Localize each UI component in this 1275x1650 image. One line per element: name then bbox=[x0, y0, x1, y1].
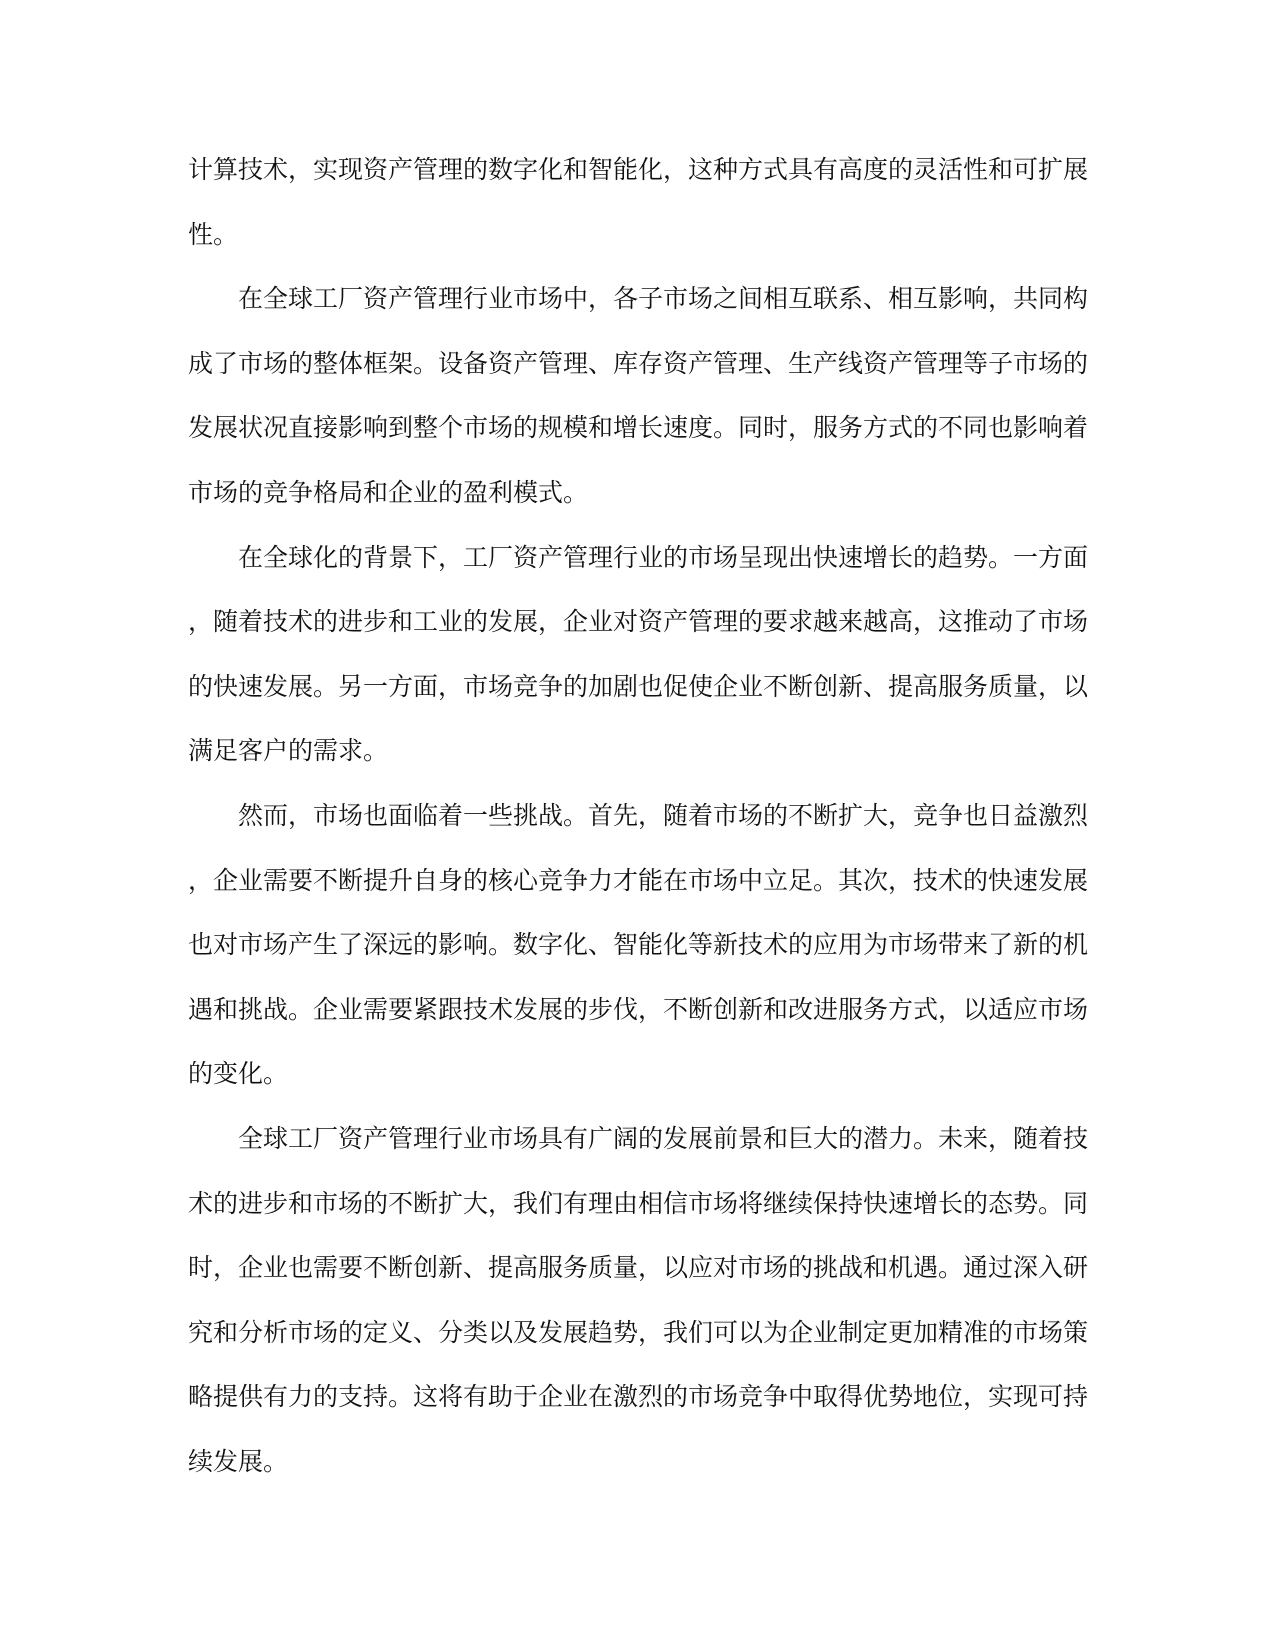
text-line: 的快速发展。另一方面，市场竞争的加剧也促使企业不断创新、提高服务质量，以 bbox=[188, 655, 1085, 720]
text-line: 计算技术，实现资产管理的数字化和智能化，这种方式具有高度的灵活性和可扩展 bbox=[188, 138, 1085, 203]
text-line: 性。 bbox=[188, 203, 1085, 268]
text-line: 市场的竞争格局和企业的盈利模式。 bbox=[188, 461, 1085, 526]
text-line: 续发展。 bbox=[188, 1430, 1085, 1495]
text-line: 在全球工厂资产管理行业市场中，各子市场之间相互联系、相互影响，共同构 bbox=[188, 267, 1085, 332]
text-line: 成了市场的整体框架。设备资产管理、库存资产管理、生产线资产管理等子市场的 bbox=[188, 332, 1085, 397]
text-line: 然而，市场也面临着一些挑战。首先，随着市场的不断扩大，竞争也日益激烈 bbox=[188, 784, 1085, 849]
text-line: 满足客户的需求。 bbox=[188, 719, 1085, 784]
document-page: 计算技术，实现资产管理的数字化和智能化，这种方式具有高度的灵活性和可扩展 性。 … bbox=[0, 0, 1275, 1650]
text-line: 遇和挑战。企业需要紧跟技术发展的步伐，不断创新和改进服务方式，以适应市场 bbox=[188, 978, 1085, 1043]
text-line: 全球工厂资产管理行业市场具有广阔的发展前景和巨大的潜力。未来，随着技 bbox=[188, 1107, 1085, 1172]
text-line: 术的进步和市场的不断扩大，我们有理由相信市场将继续保持快速增长的态势。同 bbox=[188, 1172, 1085, 1237]
text-line: 也对市场产生了深远的影响。数字化、智能化等新技术的应用为市场带来了新的机 bbox=[188, 913, 1085, 978]
text-line: 的变化。 bbox=[188, 1042, 1085, 1107]
text-block: 计算技术，实现资产管理的数字化和智能化，这种方式具有高度的灵活性和可扩展 性。 … bbox=[188, 138, 1085, 1494]
text-line: 发展状况直接影响到整个市场的规模和增长速度。同时，服务方式的不同也影响着 bbox=[188, 396, 1085, 461]
text-line: 究和分析市场的定义、分类以及发展趋势，我们可以为企业制定更加精准的市场策 bbox=[188, 1301, 1085, 1366]
text-line: ，企业需要不断提升自身的核心竞争力才能在市场中立足。其次，技术的快速发展 bbox=[188, 849, 1085, 914]
text-line: 略提供有力的支持。这将有助于企业在激烈的市场竞争中取得优势地位，实现可持 bbox=[188, 1365, 1085, 1430]
text-line: 时，企业也需要不断创新、提高服务质量，以应对市场的挑战和机遇。通过深入研 bbox=[188, 1236, 1085, 1301]
text-line: ，随着技术的进步和工业的发展，企业对资产管理的要求越来越高，这推动了市场 bbox=[188, 590, 1085, 655]
text-line: 在全球化的背景下，工厂资产管理行业的市场呈现出快速增长的趋势。一方面 bbox=[188, 526, 1085, 591]
